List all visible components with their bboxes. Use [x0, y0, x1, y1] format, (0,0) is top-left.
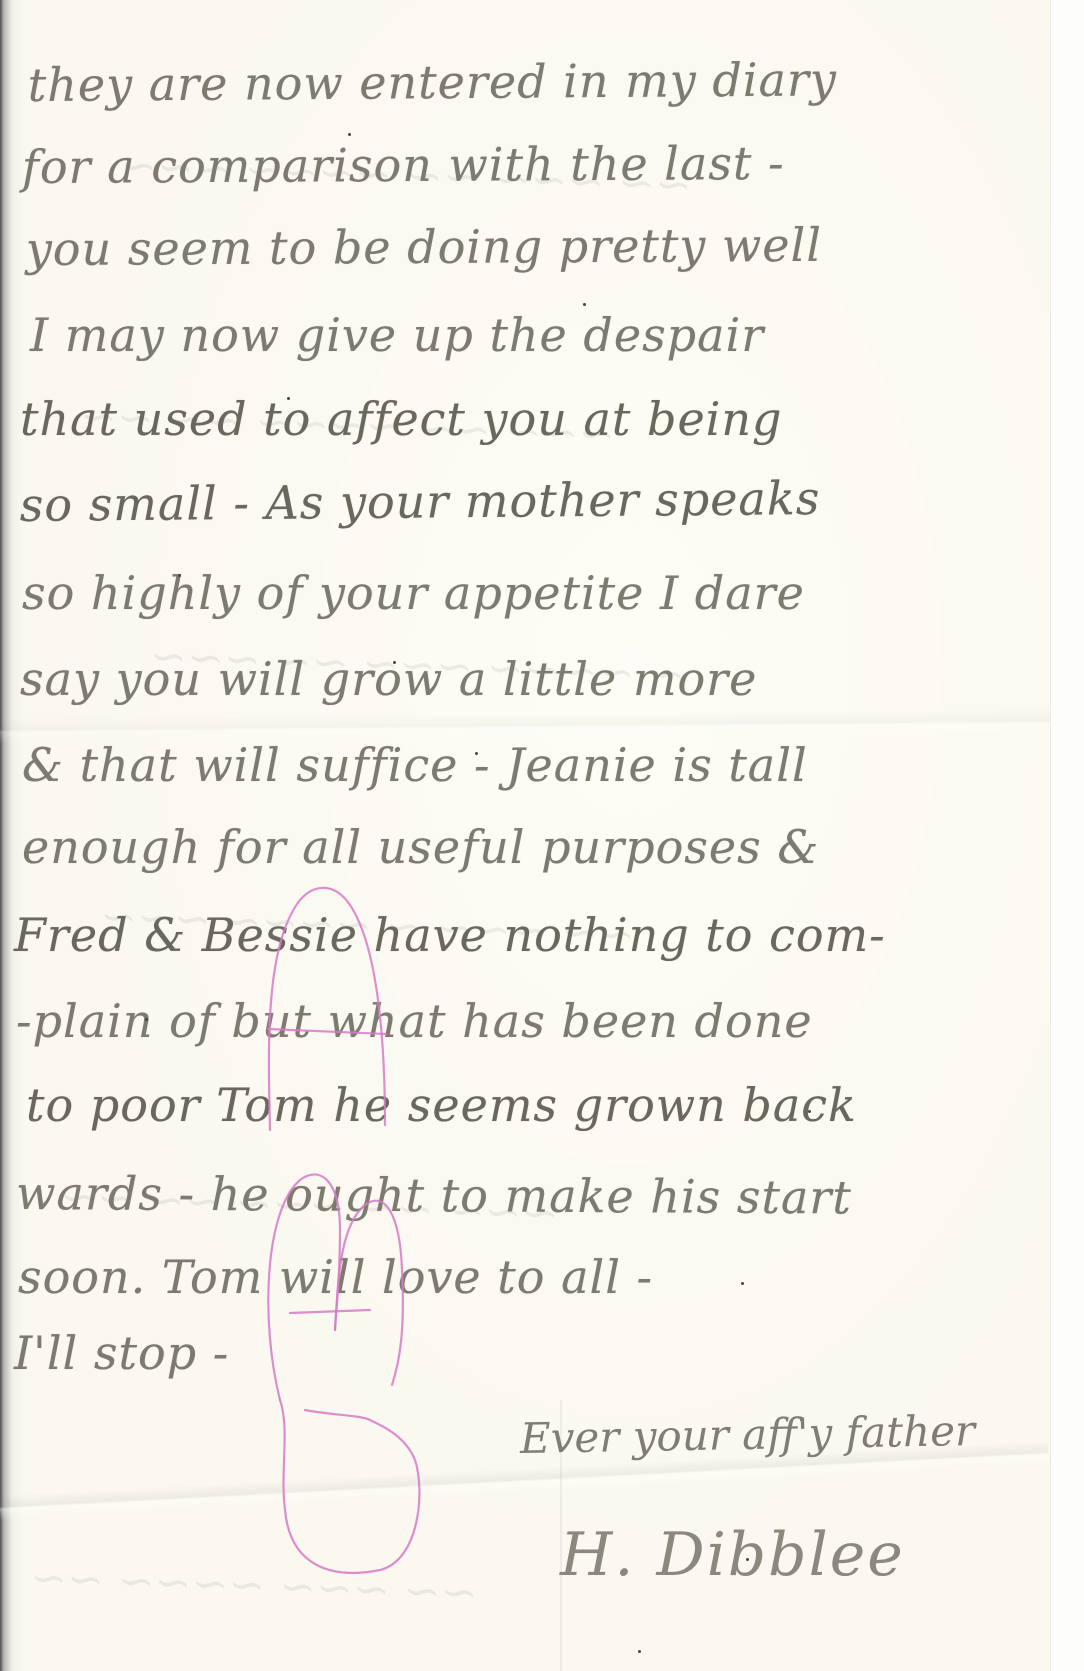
- letter-line-9: & that will suffice - Jeanie is tall: [22, 738, 808, 792]
- letter-line-8: say you will grow a little more: [20, 652, 757, 706]
- letter-line-11: Fred & Bessie have nothing to com-: [14, 908, 886, 962]
- ink-speck: [348, 133, 351, 136]
- ink-speck: [145, 1018, 148, 1021]
- ink-speck: [808, 1110, 811, 1113]
- letter-line-12: -plain of but what has been done: [16, 994, 813, 1048]
- letter-closing: Ever your aff'y father: [520, 1406, 976, 1463]
- letter-line-14: wards - he ought to make his start: [16, 1166, 852, 1224]
- ink-speck: [638, 1650, 641, 1653]
- letter-line-5: that used to affect you at being: [20, 392, 782, 446]
- letter-line-7: so highly of your appetite I dare: [22, 566, 805, 620]
- ink-speck: [746, 1558, 749, 1561]
- ink-speck: [475, 752, 478, 755]
- scanner-bed-margin: [1050, 0, 1084, 1671]
- letter-line-4: I may now give up the despair: [30, 308, 764, 362]
- letter-line-2: for a comparison with the last -: [22, 136, 785, 194]
- scanned-letter-page: ~~ ~~~ ~~ ~~~~ ~~~ ~~~ ~~ ~~~~ ~~ ~~ ~ ~…: [0, 0, 1084, 1671]
- ink-speck: [393, 661, 396, 664]
- ink-speck: [287, 397, 290, 400]
- letter-line-6: so small - As your mother speaks: [20, 471, 821, 532]
- ink-speck: [178, 574, 181, 577]
- letter-line-13: to poor Tom he seems grown back: [26, 1078, 857, 1132]
- letter-line-16: I'll stop -: [14, 1326, 229, 1380]
- letter-line-3: you seem to be doing pretty well: [26, 218, 822, 276]
- letter-line-10: enough for all useful purposes &: [22, 820, 819, 874]
- letter-line-1: they are now entered in my diary: [28, 52, 837, 112]
- letter-line-15: soon. Tom will love to all -: [18, 1250, 653, 1304]
- ink-speck: [741, 1282, 744, 1285]
- ink-speck: [583, 303, 586, 306]
- letter-signature: H. Dibblee: [560, 1520, 905, 1590]
